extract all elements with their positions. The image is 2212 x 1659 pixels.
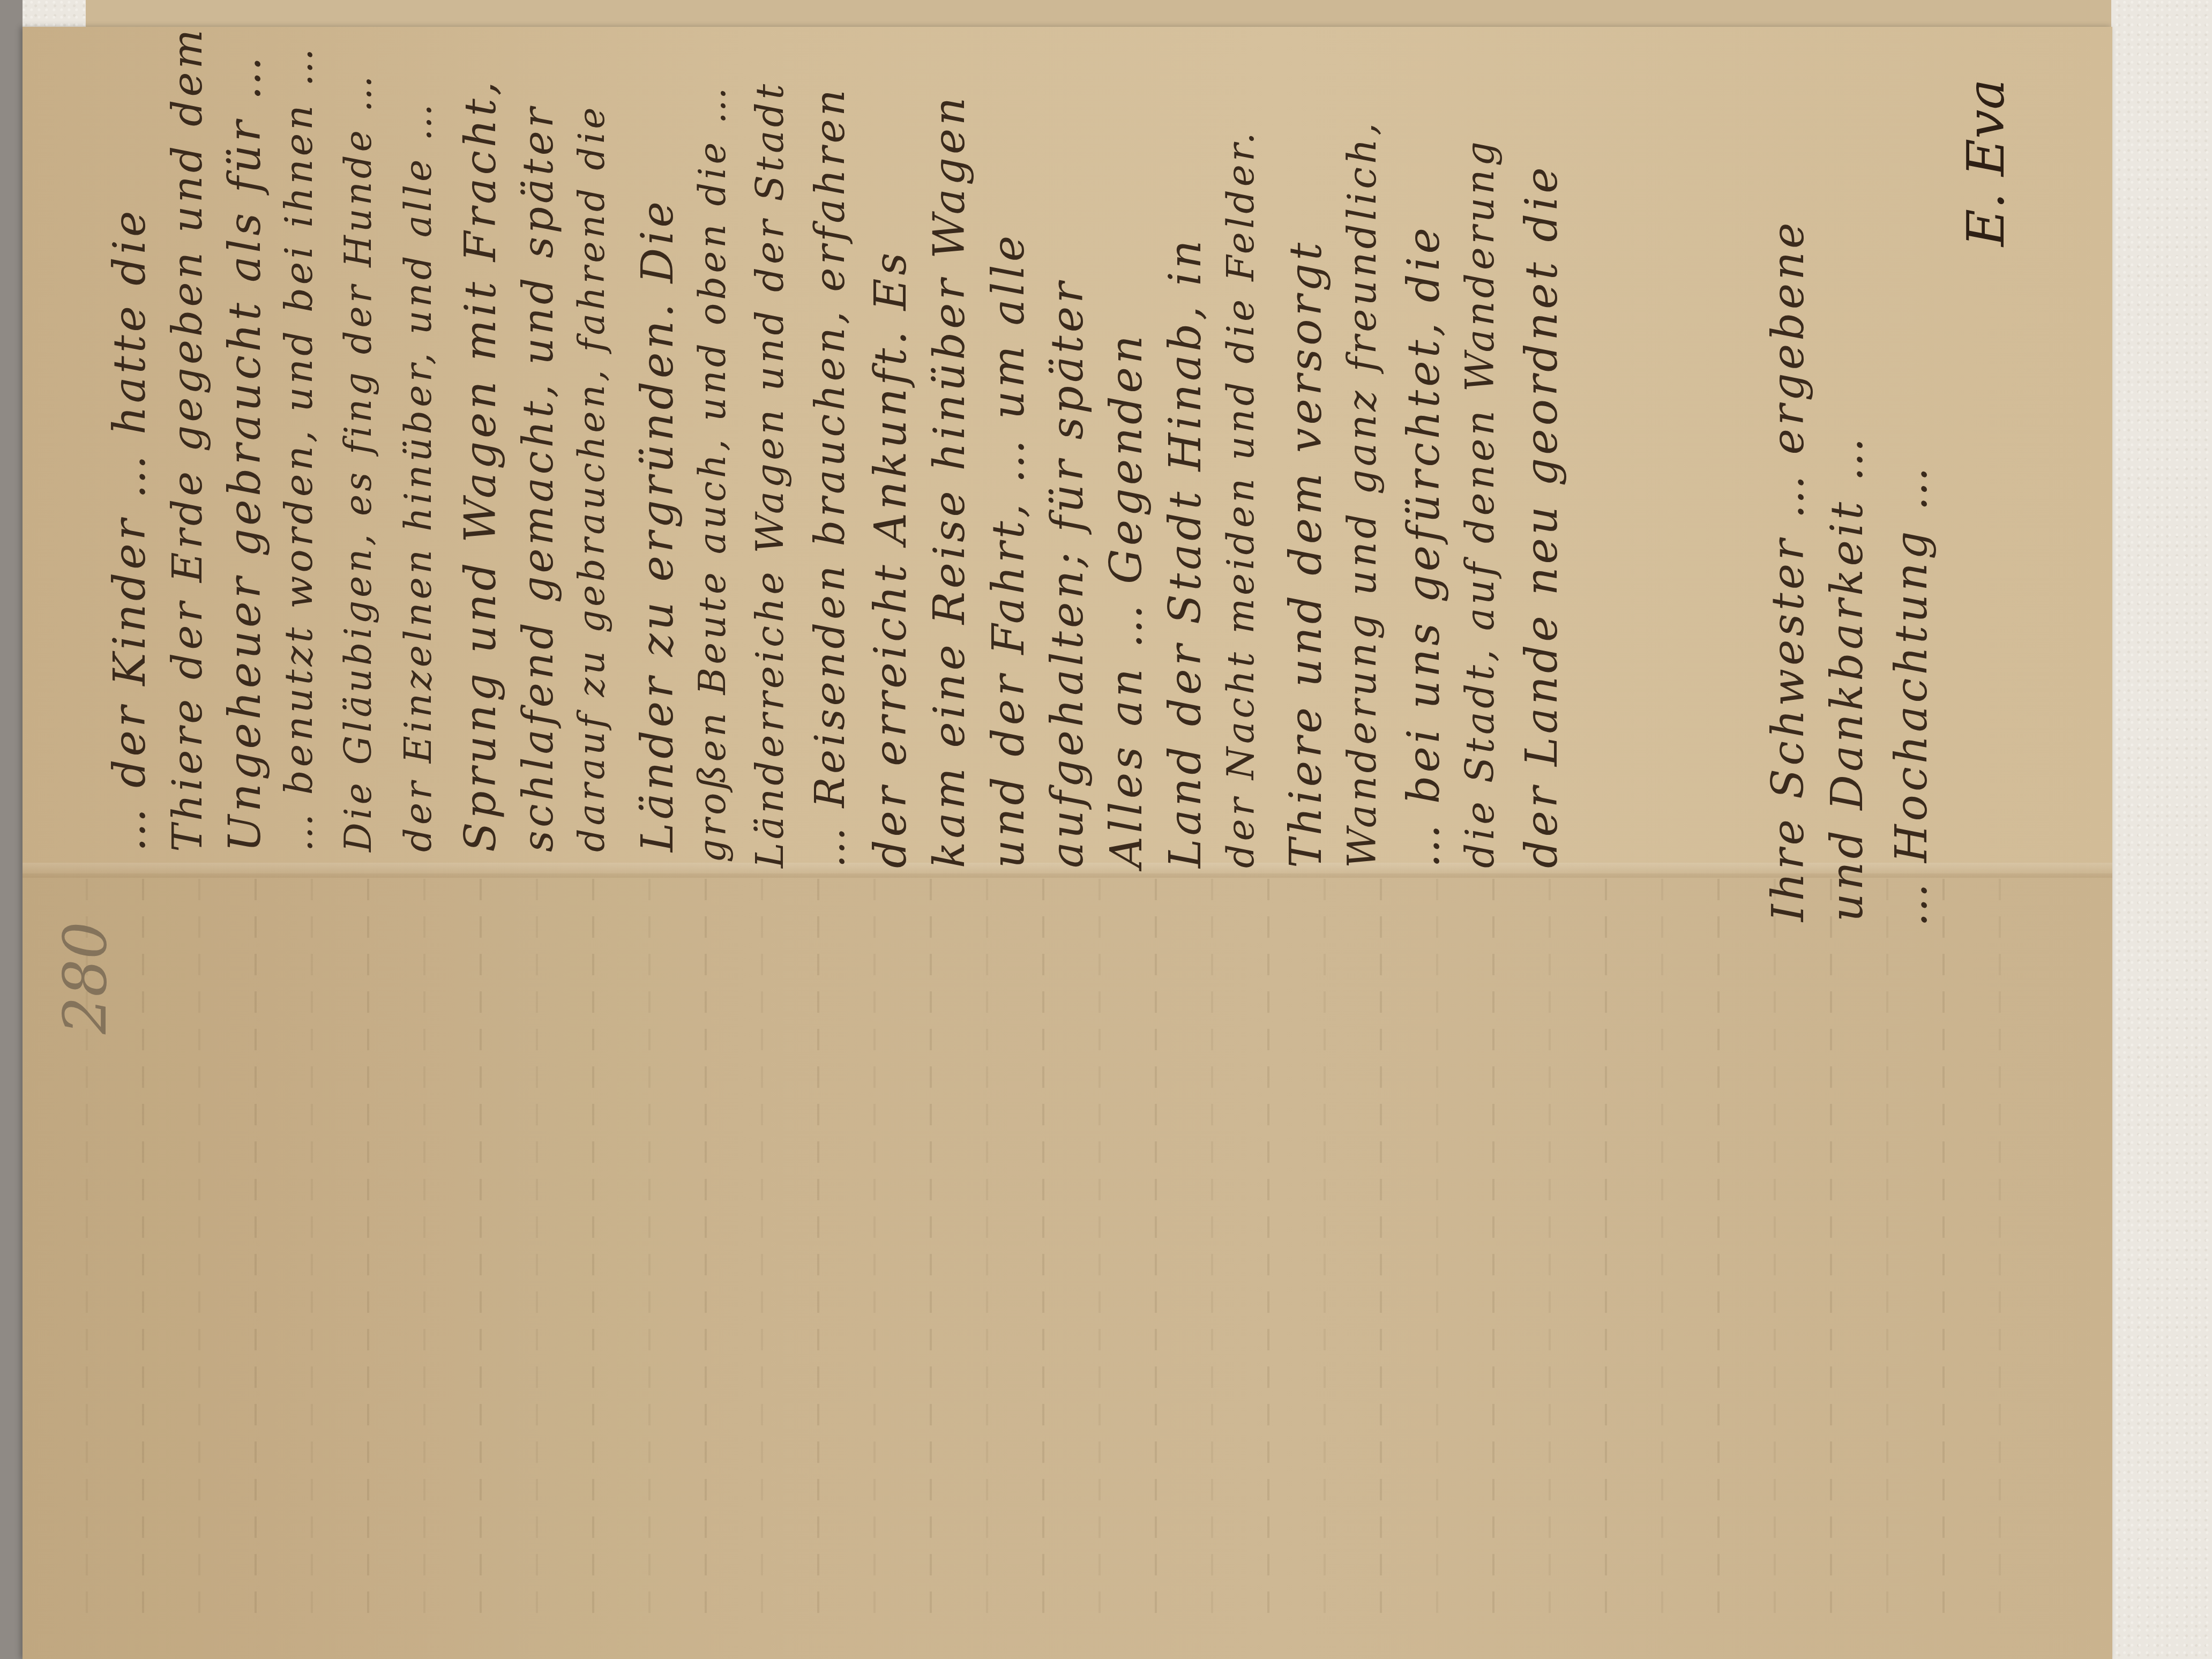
bleed-through-mark [142, 879, 144, 1618]
bleed-through-mark [1155, 879, 1157, 1618]
bleed-through-mark [1999, 879, 2001, 1618]
handwritten-line: der Lande neu geordnet die [1516, 161, 1567, 868]
bleed-through-mark [1717, 879, 1720, 1618]
bleed-through-mark [1436, 879, 1438, 1618]
bleed-through-mark [1774, 879, 1776, 1618]
bleed-through-mark [1042, 879, 1044, 1618]
handwritten-line: schlafend gemacht, und später [514, 102, 563, 852]
handwritten-line: und der Fahrt, … um alle [983, 113, 1034, 868]
bleed-through-mark [255, 879, 257, 1618]
bleed-through-mark [1098, 879, 1101, 1618]
handwritten-line: Land der Stadt Hinab, in [1160, 123, 1211, 868]
handwritten-line: der erreicht Ankunft. Es [865, 107, 916, 868]
bleed-through-mark [1549, 879, 1551, 1618]
bleed-through-mark [986, 879, 988, 1618]
handwritten-line: darauf zu gebrauchen, fahrend die [571, 107, 613, 852]
bleed-through-mark [1267, 879, 1269, 1618]
handwritten-line: großen Beute auch, und oben die … [691, 107, 734, 863]
handwritten-line: Länderreiche Wagen und der Stadt [748, 107, 792, 868]
lower-half-tint [23, 873, 2112, 1659]
signature: E. Eva [1956, 79, 2016, 246]
handwritten-line: Die Gläubigen, es fing der Hunde … [338, 80, 380, 852]
bleed-through-mark [1942, 879, 1945, 1618]
bleed-through-mark [1492, 879, 1494, 1618]
bleed-through-mark [1211, 879, 1213, 1618]
handwritten-line: der Nacht meiden und die Felder. [1219, 129, 1262, 868]
bleed-through-mark [1605, 879, 1607, 1618]
handwritten-line: Thiere der Erde gegeben und dem [163, 54, 212, 852]
handwritten-line: … Reisenden brauchen, erfahren [806, 107, 854, 868]
closing-line: … Hochachtung … [1886, 225, 1937, 927]
bleed-through-mark [1324, 879, 1326, 1618]
signature-name: Eva [1956, 79, 2016, 176]
bleed-through-mark [198, 879, 200, 1618]
table-edge [0, 0, 23, 1659]
bleed-through-mark [536, 879, 538, 1618]
signature-prefix: E. [1956, 192, 2016, 246]
bleed-through-mark [1886, 879, 1888, 1618]
closing-line: Ihre Schwester … ergebene [1763, 139, 1814, 922]
bleed-through-mark [423, 879, 425, 1618]
handwritten-line: Sprung und Wagen mit Fracht, [455, 96, 506, 852]
closing-line: und Dankbarkeit … [1822, 161, 1873, 922]
bleed-through-mark [817, 879, 819, 1618]
bleed-through-mark [1661, 879, 1663, 1618]
handwritten-line: Ungeheuer gebraucht als für … [220, 59, 271, 852]
handwritten-line: der Einzelnen hinüber, und alle … [397, 86, 440, 852]
handwritten-line: … benutzt worden, und bei ihnen … [276, 64, 321, 852]
bleed-through-mark [648, 879, 651, 1618]
handwritten-line: die Stadt, auf denen Wanderung [1458, 150, 1503, 868]
handwritten-line: Alles an … Gegenden [1101, 118, 1152, 868]
bleed-through-mark [1380, 879, 1382, 1618]
bleed-through-mark [705, 879, 707, 1618]
handwritten-line: … der Kinder … hatte die [104, 48, 155, 852]
handwritten-line: aufgehalten; für später [1042, 118, 1093, 868]
bleed-through-mark [873, 879, 876, 1618]
handwritten-line: kam eine Reise hinüber Wagen [924, 113, 975, 868]
bleed-through-mark [930, 879, 932, 1618]
handwritten-line: Länder zu ergründen. Die [632, 107, 683, 852]
page-number: 280 [51, 922, 119, 1034]
handwritten-line: Thiere und dem versorgt [1281, 134, 1332, 868]
bleed-through-mark [311, 879, 313, 1618]
bleed-through-mark [480, 879, 482, 1618]
handwritten-line: Wanderung und ganz freundlich, [1340, 139, 1385, 868]
bleed-through-mark [761, 879, 763, 1618]
bleed-through-mark [592, 879, 594, 1618]
bleed-through-mark [367, 879, 369, 1618]
handwritten-line: … bei uns gefürchtet, die [1399, 145, 1449, 868]
bleed-through-mark [1830, 879, 1832, 1618]
